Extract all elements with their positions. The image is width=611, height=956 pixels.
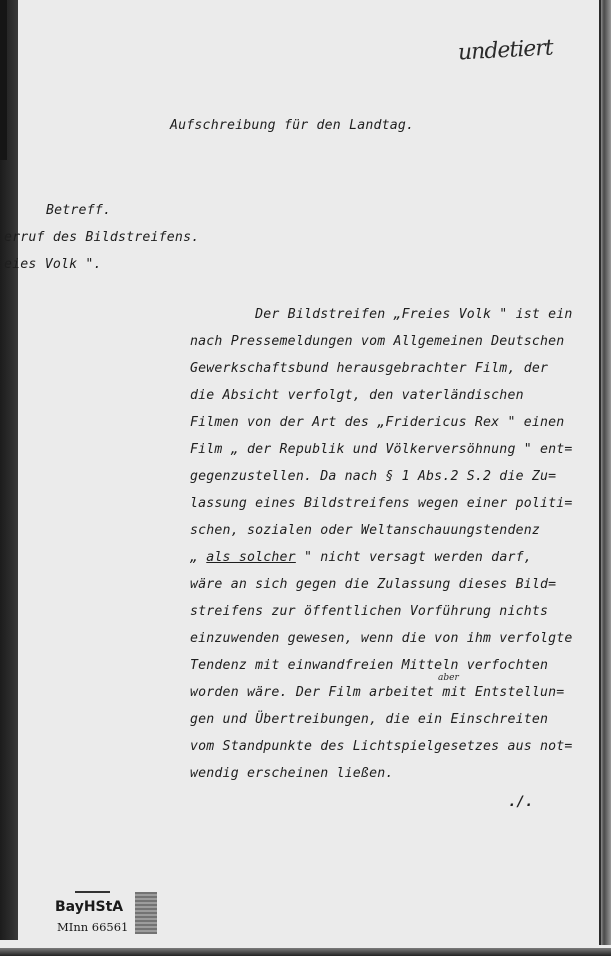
body-line: Gewerkschaftsbund herausgebrachter Film,… [190,361,548,376]
continuation-mark: ./. [508,794,533,810]
subject-label: Betreff. [46,203,111,218]
body-line: einzuwenden gewesen, wenn die von ihm ve… [190,631,573,646]
stamp-rule [75,891,110,893]
body-line: streifens zur öffentlichen Vorführung ni… [190,604,548,619]
archive-stamp: BayHStA MInn 66561 [20,890,148,940]
body-line: Filmen von der Art des „Fridericus Rex "… [190,415,564,430]
scan-smudge [135,892,157,934]
handwritten-note: undetiert [457,36,553,66]
body-line: vom Standpunkte des Lichtspielgesetzes a… [190,739,573,754]
subject-line: eies Volk ". [4,257,102,272]
scan-bottom-border [0,948,611,956]
body-line: „ als solcher " nicht versagt werden dar… [190,550,532,565]
body-line: gen und Übertreibungen, die ein Einschre… [190,712,548,727]
scanned-document-page: undetiert Aufschreibung für den Landtag.… [0,0,611,956]
body-line: Film „ der Republik und Völkerversöhnung… [190,442,573,457]
body-line: Tendenz mit einwandfreien Mitteln verfoc… [190,658,548,673]
interlinear-insertion: aber [438,673,459,683]
document-title: Aufschreibung für den Landtag. [170,118,414,133]
archive-signature: MInn 66561 [57,920,128,934]
subject-line: erruf des Bildstreifens. [4,230,199,245]
underlined-phrase: als solcher [206,550,296,565]
scan-left-border-top [0,0,7,160]
body-line: wäre an sich gegen die Zulassung dieses … [190,577,556,592]
archive-institution: BayHStA [55,899,123,915]
body-line: wendig erscheinen ließen. [190,766,394,781]
body-line: Der Bildstreifen „Freies Volk " ist ein [190,307,573,322]
body-line: die Absicht verfolgt, den vaterländische… [190,388,524,403]
scan-right-border [601,0,611,945]
body-line: lassung eines Bildstreifens wegen einer … [190,496,573,511]
body-line: schen, sozialen oder Weltanschauungstend… [190,523,540,538]
body-line: nach Pressemeldungen vom Allgemeinen Deu… [190,334,564,349]
body-line: worden wäre. Der Film arbeitet mit Entst… [190,685,564,700]
body-line: gegenzustellen. Da nach § 1 Abs.2 S.2 di… [190,469,556,484]
